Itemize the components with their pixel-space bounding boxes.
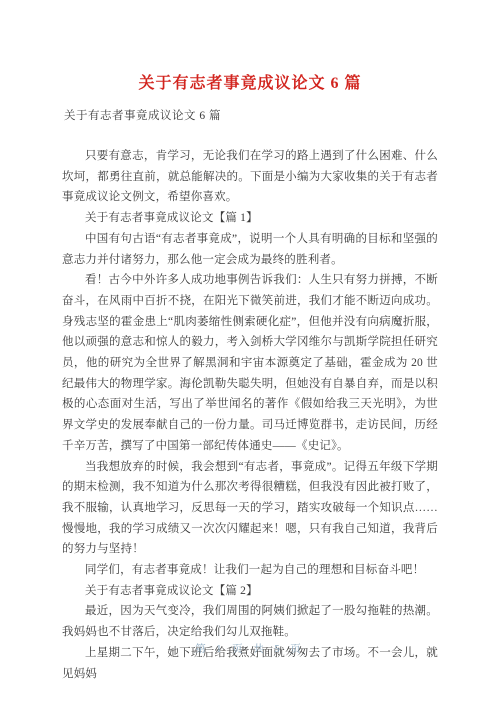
- paragraph: 只要有意志，肯学习，无论我们在学习的路上遇到了什么困难、什么坎坷，都勇往直前，就…: [62, 146, 438, 208]
- section-heading: 关于有志者事竟成议论文【篇 1】: [62, 208, 438, 229]
- paragraph: 最近，因为天气变冷，我们周围的阿姨们掀起了一股勾拖鞋的热潮。我妈妈也不甘落后，决…: [62, 601, 438, 642]
- paragraph: 当我想放弃的时候，我会想到“有志者，事竟成”。记得五年级下学期的期末检测，我不知…: [62, 457, 438, 561]
- document-subtitle: 关于有志者事竟成议论文 6 篇: [64, 107, 438, 123]
- paragraph: 中国有句古语“有志者事竟成”，说明一个人具有明确的目标和坚强的意志力并付诸努力，…: [62, 229, 438, 270]
- paragraph: 同学们，有志者事竟成！让我们一起为自己的理想和目标奋斗吧！: [62, 560, 438, 581]
- document-body: 只要有意志，肯学习，无论我们在学习的路上遇到了什么困难、什么坎坷，都勇往直前，就…: [62, 146, 438, 684]
- document-page: 关于有志者事竟成议论文 6 篇 关于有志者事竟成议论文 6 篇 只要有意志，肯学…: [0, 0, 500, 707]
- section-heading: 关于有志者事竟成议论文【篇 2】: [62, 581, 438, 602]
- page-indicator: 第 1 页 共 5 页: [0, 641, 500, 656]
- document-title: 关于有志者事竟成议论文 6 篇: [0, 0, 500, 93]
- paragraph: 看！古今中外许多人成功地事例告诉我们：人生只有努力拼搏，不断奋斗，在风雨中百折不…: [62, 270, 438, 456]
